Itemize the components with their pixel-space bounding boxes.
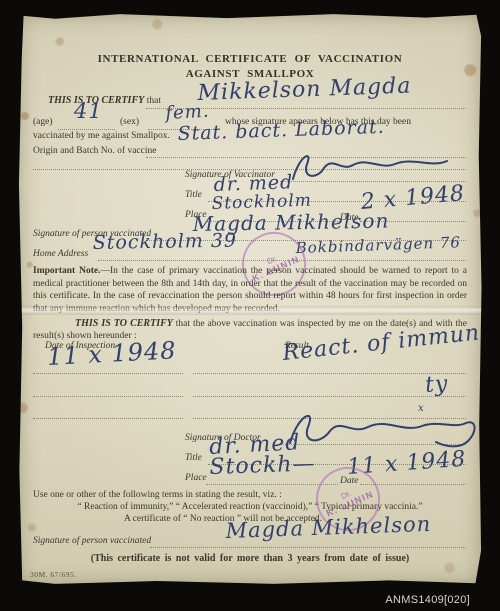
home-address-handwriting-1: Stockholm 39 xyxy=(93,229,238,254)
dotted-line xyxy=(58,129,115,130)
doctor-title-label: Title xyxy=(185,453,202,463)
dotted-line xyxy=(33,396,183,397)
vaccinator-signature-scrawl xyxy=(283,146,453,186)
home-address-handwriting-2: Bokbindarvägen 76 xyxy=(295,233,461,257)
home-address-label: Home Address xyxy=(33,249,88,259)
archive-label: ANMS1409[020] xyxy=(385,594,470,606)
footer-sig-person-label: Signature of person vaccinated xyxy=(33,536,151,546)
dotted-line xyxy=(193,396,466,397)
origin-label: Origin and Batch No. of vaccine xyxy=(33,146,156,156)
result-handwriting-line2: ty xyxy=(424,371,449,398)
certificate-title-line1: INTERNATIONAL CERTIFICATE OF VACCINATION xyxy=(18,53,482,65)
certify1-that: that xyxy=(147,96,161,106)
use-terms-line: Use one or other of the following terms … xyxy=(33,490,282,500)
paper-fold-crease xyxy=(18,306,482,315)
photo-background: INTERNATIONAL CERTIFICATE OF VACCINATION… xyxy=(0,0,500,611)
title-label: Title xyxy=(185,190,202,200)
sex-label: (sex) xyxy=(120,117,139,127)
vaccinated-line: vaccinated by me against Smallpox. xyxy=(33,131,170,141)
dotted-line xyxy=(193,373,466,374)
print-code: 30M. 67/695. xyxy=(30,570,77,579)
certify2-lead: THIS IS TO CERTIFY xyxy=(75,318,173,329)
certificate-paper: INTERNATIONAL CERTIFICATE OF VACCINATION… xyxy=(18,13,482,585)
certify1-line: THIS IS TO CERTIFY that xyxy=(48,95,161,106)
sex-handwriting: fem. xyxy=(165,101,210,124)
terms-line: “ Reaction of immunity,” “ Accelerated r… xyxy=(33,502,467,512)
inspection-place-label: Place xyxy=(185,473,207,483)
important-note-lead: Important Note. xyxy=(33,266,100,276)
dotted-line xyxy=(150,547,466,548)
validity-line: (This certificate is not valid for more … xyxy=(18,553,482,564)
inspection-place-handwriting: Stockh— xyxy=(209,451,316,480)
age-label: (age) xyxy=(33,117,53,127)
dotted-line xyxy=(33,373,183,374)
dotted-line xyxy=(33,418,183,419)
inspection-date-handwriting: 11 x 1948 xyxy=(47,336,178,371)
age-handwriting: 41 xyxy=(74,99,103,123)
